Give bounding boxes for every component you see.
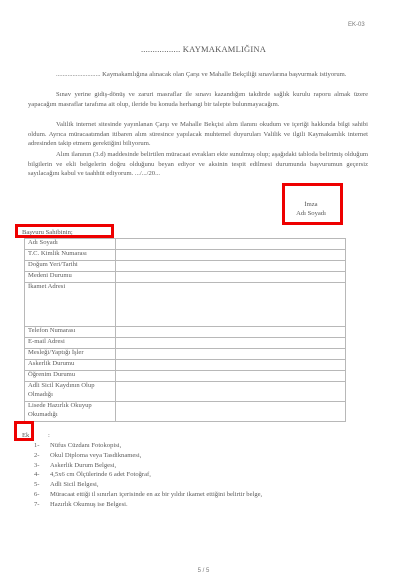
row-label: Mesleği/Yaptığı İşler: [25, 349, 116, 360]
table-row: Doğum Yeri/Tarihi: [25, 261, 346, 272]
table-row: Mesleği/Yaptığı İşler: [25, 349, 346, 360]
education-field[interactable]: [116, 371, 346, 382]
page-number: 5 / 5: [0, 568, 407, 574]
paragraph-1: ........................... Kaymakamlığı…: [28, 70, 368, 80]
form-code: EK-03: [348, 22, 365, 28]
table-row: Askerlik Durumu: [25, 360, 346, 371]
list-item: 1-Nüfus Cüzdanı Fotokopisi,: [34, 441, 262, 451]
applicant-info-table: Adı Soyadı T.C. Kimlik Numarası Doğum Ye…: [24, 238, 346, 422]
table-row: E-mail Adresi: [25, 338, 346, 349]
row-label: Telefon Numarası: [25, 327, 116, 338]
table-row: T.C. Kimlik Numarası: [25, 250, 346, 261]
list-item: 2-Okul Diploma veya Tasdiknamesi,: [34, 451, 262, 461]
paragraph-3: Valilik internet sitesinde yayınlanan Ça…: [28, 120, 368, 149]
list-item: 3-Askerlik Durum Belgesi,: [34, 461, 262, 471]
address-field[interactable]: [116, 283, 346, 327]
signature-name-label: Adı Soyadı: [286, 209, 336, 218]
criminal-record-field[interactable]: [116, 382, 346, 402]
row-label: İkamet Adresi: [25, 283, 116, 327]
table-row: Öğrenim Durumu: [25, 371, 346, 382]
occupation-field[interactable]: [116, 349, 346, 360]
name-field[interactable]: [116, 239, 346, 250]
row-label: Adli Sicil Kaydının Olup Olmadığı: [25, 382, 116, 402]
military-status-field[interactable]: [116, 360, 346, 371]
list-item: 5-Adli Sicil Belgesi,: [34, 480, 262, 490]
prep-school-field[interactable]: [116, 402, 346, 422]
row-label: Adı Soyadı: [25, 239, 116, 250]
table-row: Adı Soyadı: [25, 239, 346, 250]
row-label: Öğrenim Durumu: [25, 371, 116, 382]
birth-field[interactable]: [116, 261, 346, 272]
table-row: Lisede Hazırlık Okuyup Okumadığı: [25, 402, 346, 422]
paragraph-4: Alım ilanının (3.d) maddesinde belirtile…: [28, 150, 368, 179]
marital-status-field[interactable]: [116, 272, 346, 283]
signature-label: İmza: [286, 200, 336, 209]
table-row: Medeni Durumu: [25, 272, 346, 283]
document-title: ................. KAYMAKAMLIĞINA: [0, 44, 407, 54]
table-row: Telefon Numarası: [25, 327, 346, 338]
applicant-label: Başvuru Sahibinin;: [22, 229, 73, 236]
paragraph-2: Sınav yerine gidiş-dönüş ve zaruri masra…: [28, 90, 368, 109]
row-label: Doğum Yeri/Tarihi: [25, 261, 116, 272]
row-label: E-mail Adresi: [25, 338, 116, 349]
row-label: Askerlik Durumu: [25, 360, 116, 371]
phone-field[interactable]: [116, 327, 346, 338]
email-field[interactable]: [116, 338, 346, 349]
tc-id-field[interactable]: [116, 250, 346, 261]
table-row: Adli Sicil Kaydının Olup Olmadığı: [25, 382, 346, 402]
annex-list: 1-Nüfus Cüzdanı Fotokopisi, 2-Okul Diplo…: [34, 441, 262, 510]
row-label: Medeni Durumu: [25, 272, 116, 283]
annex-colon: :: [48, 432, 50, 439]
row-label: Lisede Hazırlık Okuyup Okumadığı: [25, 402, 116, 422]
row-label: T.C. Kimlik Numarası: [25, 250, 116, 261]
list-item: 7-Hazırlık Okumuş ise Belgesi.: [34, 500, 262, 510]
signature-block: İmza Adı Soyadı: [286, 200, 336, 218]
table-row: İkamet Adresi: [25, 283, 346, 327]
list-item: 4-4,5x6 cm Ölçülerinde 6 adet Fotoğraf,: [34, 470, 262, 480]
list-item: 6-Müracaat ettiği il sınırları içerisind…: [34, 490, 262, 500]
annex-label: Ek: [22, 432, 29, 439]
